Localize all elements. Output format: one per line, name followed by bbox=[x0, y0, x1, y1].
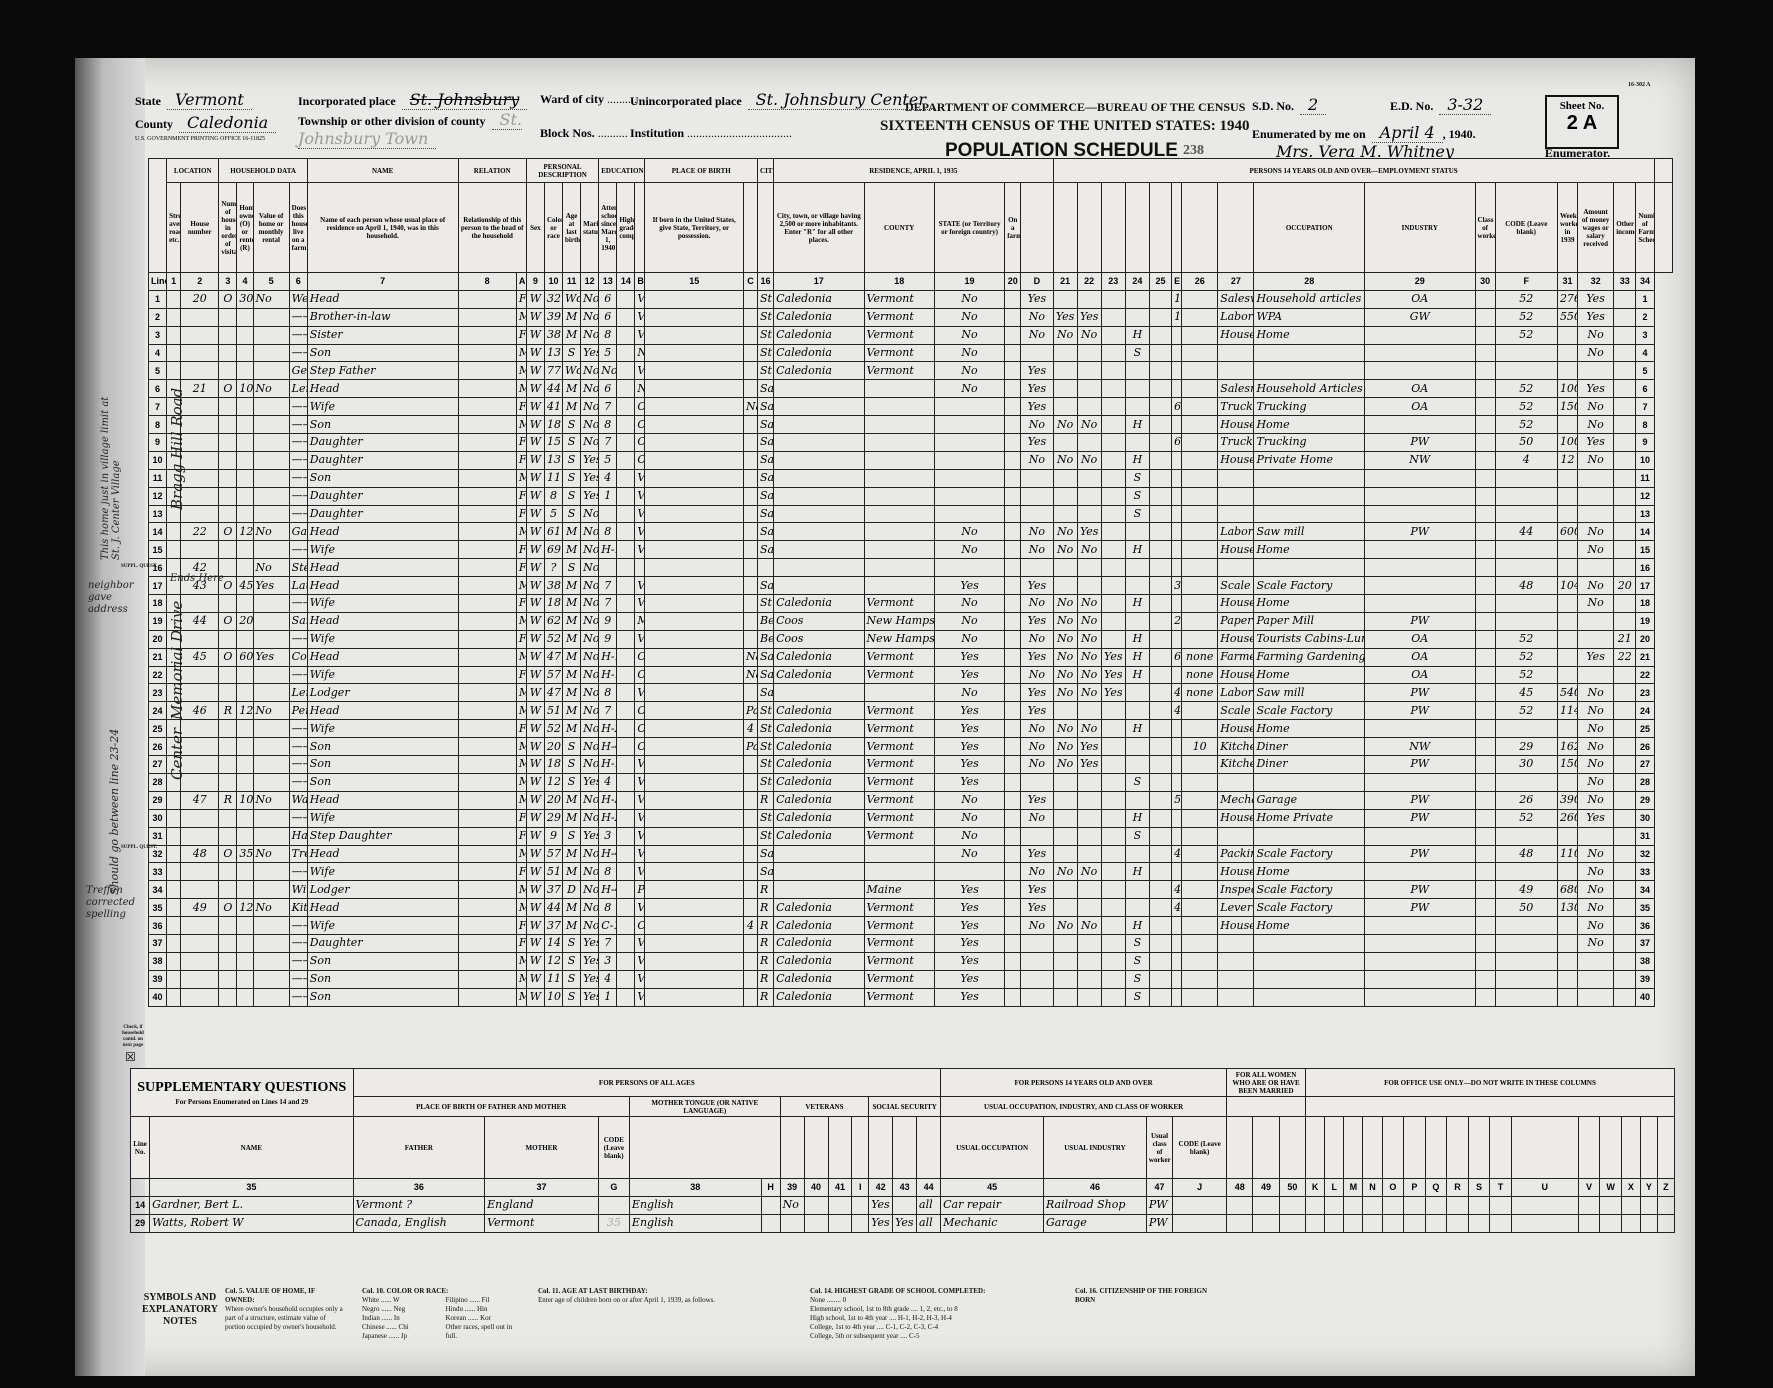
cell-res-city: St. Johnsbury bbox=[758, 344, 774, 362]
cell-c21: No bbox=[1021, 451, 1053, 469]
cell-farm bbox=[253, 451, 289, 469]
cell-mar: M bbox=[563, 845, 581, 863]
blank-cell bbox=[1149, 988, 1171, 1006]
group-employment: PERSONS 14 YEARS OLD AND OVER—EMPLOYMENT… bbox=[1053, 159, 1654, 183]
cell-c23 bbox=[1077, 505, 1101, 523]
cell-c27: none bbox=[1182, 666, 1218, 684]
cell-res-county: Caledonia bbox=[774, 362, 864, 380]
cell-ind bbox=[1254, 505, 1365, 523]
cell-c27 bbox=[1182, 308, 1218, 326]
cell-c21: Yes bbox=[1021, 845, 1053, 863]
col11-note: Col. 11. AGE AT LAST BIRTHDAY: Enter age… bbox=[538, 1287, 788, 1305]
cell-sch: No bbox=[581, 362, 599, 380]
ward-field: Ward of city .......... bbox=[540, 92, 637, 107]
census-row: 25——, Elizabeth M. ⊗WifeFW52MNoH-2Canada… bbox=[149, 720, 1673, 738]
cell-value bbox=[237, 505, 253, 523]
cell-wage bbox=[1557, 541, 1577, 559]
cell-cls: PW bbox=[1365, 845, 1476, 863]
cell-res-county: Caledonia bbox=[774, 952, 864, 970]
sheet-number: 2 A bbox=[1547, 112, 1617, 135]
cell-value bbox=[237, 398, 253, 416]
cell-oi: Yes bbox=[1578, 290, 1614, 308]
blank-cell bbox=[458, 577, 516, 595]
blank-cell bbox=[1149, 881, 1171, 899]
office-cell bbox=[1621, 1196, 1640, 1214]
blank-cell bbox=[617, 577, 635, 595]
cell-res-county bbox=[774, 541, 864, 559]
blank-cell bbox=[458, 809, 516, 827]
cell-c23 bbox=[1077, 290, 1101, 308]
cell-own bbox=[219, 917, 237, 935]
col-line-no bbox=[149, 159, 167, 273]
cell-c21 bbox=[1021, 344, 1053, 362]
cell-oi bbox=[1578, 827, 1614, 845]
cell-own bbox=[219, 416, 237, 434]
cell-hh: 47 bbox=[181, 791, 219, 809]
cell-res-city: Same house bbox=[758, 434, 774, 452]
cell-c22: No bbox=[1053, 630, 1077, 648]
blank-cell bbox=[1149, 648, 1171, 666]
cell-oi: No bbox=[1578, 344, 1614, 362]
cell-c23: Yes bbox=[1077, 738, 1101, 756]
cell-mar: S bbox=[563, 988, 581, 1006]
cell-c22 bbox=[1053, 577, 1077, 595]
blank-cell bbox=[458, 666, 516, 684]
cell-fs bbox=[1614, 505, 1636, 523]
census-row: 2446R12NoPerkins, John W.HeadMW51MNo7Can… bbox=[149, 702, 1673, 720]
blank-cell bbox=[1149, 970, 1171, 988]
blank-cell bbox=[1279, 1196, 1305, 1214]
cell-res-county bbox=[774, 380, 864, 398]
census-row: 2145O6000YesCoates, Herbert G. ⊗HeadMW47… bbox=[149, 648, 1673, 666]
census-row: 120O300NoWells, Clara Minnie ⊗HeadFW32Wd… bbox=[149, 290, 1673, 308]
column-number: 10 bbox=[544, 273, 562, 291]
line-number-right: 17 bbox=[1636, 577, 1654, 595]
cell-occ: Mechanic bbox=[1218, 791, 1254, 809]
line-number: 11 bbox=[149, 469, 167, 487]
cell-res-state: Vermont bbox=[864, 809, 934, 827]
col-res-farm: On a farm? bbox=[1005, 183, 1021, 273]
cell-race: W bbox=[526, 809, 544, 827]
cell-fs bbox=[1614, 434, 1636, 452]
cell-mar: M bbox=[563, 523, 581, 541]
group-birth: PLACE OF BIRTH bbox=[645, 159, 758, 183]
cell-cit: Pa bbox=[743, 702, 757, 720]
cell-sch: No bbox=[581, 684, 599, 702]
cell-race: W bbox=[526, 326, 544, 344]
cell-age: 52 bbox=[544, 630, 562, 648]
column-number: F bbox=[1495, 273, 1557, 291]
cell-c22 bbox=[1053, 505, 1077, 523]
cell-sex: M bbox=[516, 362, 526, 380]
blank-cell bbox=[1149, 451, 1171, 469]
cell-c24 bbox=[1101, 952, 1125, 970]
cell-fs bbox=[1614, 362, 1636, 380]
cell-res-farm: No bbox=[934, 791, 1004, 809]
cell-value bbox=[237, 416, 253, 434]
form-code: 16-302 A bbox=[1628, 82, 1651, 88]
blank-cell bbox=[1005, 917, 1021, 935]
cell-rel: Head bbox=[307, 577, 458, 595]
blank-cell bbox=[1475, 398, 1495, 416]
cell-res-state: Vermont bbox=[864, 344, 934, 362]
cell-c26 bbox=[1172, 541, 1182, 559]
column-number: 24 bbox=[1125, 273, 1149, 291]
cell-grade: H-1 bbox=[599, 666, 617, 684]
cell-wage: 1300 bbox=[1557, 899, 1577, 917]
symbols-notes-title: SYMBOLS AND EXPLANATORY NOTES bbox=[140, 1292, 220, 1328]
line-number-right: 36 bbox=[1636, 917, 1654, 935]
blank-cell bbox=[1475, 899, 1495, 917]
cell-c23 bbox=[1077, 881, 1101, 899]
cell-mar: S bbox=[563, 344, 581, 362]
cell-wage: 276 bbox=[1557, 290, 1577, 308]
cell-cit bbox=[743, 845, 757, 863]
column-number: 28 bbox=[1254, 273, 1365, 291]
cell-c26 bbox=[1172, 809, 1182, 827]
blank-cell bbox=[1475, 791, 1495, 809]
census-row: 10——, AlexandriaDaughterFW13SYes5CanadaS… bbox=[149, 451, 1673, 469]
cell-c23 bbox=[1077, 469, 1101, 487]
cell-farm bbox=[253, 612, 289, 630]
cell-c21: No bbox=[1021, 308, 1053, 326]
cell-res-state: Vermont bbox=[864, 952, 934, 970]
cell-rel: Wife bbox=[307, 863, 458, 881]
cell-fs bbox=[1614, 290, 1636, 308]
cell-sch: No bbox=[581, 416, 599, 434]
cell-c26 bbox=[1172, 738, 1182, 756]
cell-c24 bbox=[1101, 577, 1125, 595]
cell-c21: No bbox=[1021, 523, 1053, 541]
institution-field: Institution ............................… bbox=[630, 126, 792, 141]
blank-cell bbox=[458, 344, 516, 362]
cell-occ: Packing foreman bbox=[1218, 845, 1254, 863]
supp-col-line: Line No. bbox=[131, 1117, 150, 1179]
cell-age: 37 bbox=[544, 917, 562, 935]
supp-column-number: G bbox=[598, 1179, 629, 1197]
cell-res-farm: No bbox=[934, 612, 1004, 630]
cell-sch: No bbox=[581, 630, 599, 648]
cell-wk bbox=[1495, 827, 1557, 845]
cell-c21: Yes bbox=[1021, 791, 1053, 809]
blank-cell bbox=[1149, 398, 1171, 416]
cell-res-farm: Yes bbox=[934, 773, 1004, 791]
cell-wk: 49 bbox=[1495, 881, 1557, 899]
cell-wage: 150 bbox=[1557, 756, 1577, 774]
treffen-note: Treffen corrected spelling bbox=[86, 885, 150, 921]
cell-c22: No bbox=[1053, 720, 1077, 738]
cell-wage bbox=[1557, 630, 1577, 648]
cell-birth: Vermont bbox=[635, 899, 645, 917]
line-number: 36 bbox=[149, 917, 167, 935]
cell-c24 bbox=[1101, 845, 1125, 863]
blank-cell bbox=[761, 1196, 780, 1214]
cell-c23 bbox=[1077, 362, 1101, 380]
cell-sch: No bbox=[581, 290, 599, 308]
cell-age: 44 bbox=[544, 380, 562, 398]
cell-race: W bbox=[526, 827, 544, 845]
cell-rel: Lodger bbox=[307, 881, 458, 899]
cell-wk bbox=[1495, 863, 1557, 881]
supp-column-number: 35 bbox=[150, 1179, 353, 1197]
supp-column-number: 44 bbox=[917, 1179, 941, 1197]
cell-occ: Housework bbox=[1218, 917, 1254, 935]
cell-ind bbox=[1254, 970, 1365, 988]
blank-cell bbox=[167, 523, 181, 541]
cell-res-farm: No bbox=[934, 326, 1004, 344]
cell-c21 bbox=[1021, 487, 1053, 505]
line-number: 8 bbox=[149, 416, 167, 434]
cell-farm bbox=[253, 630, 289, 648]
blank-cell bbox=[617, 720, 635, 738]
column-number: 2 bbox=[181, 273, 219, 291]
cell-ind bbox=[1254, 773, 1365, 791]
cell-c27 bbox=[1182, 541, 1218, 559]
cell-rel: Head bbox=[307, 899, 458, 917]
cell-c24 bbox=[1101, 881, 1125, 899]
census-row: 33——, Josie M. ⊗WifeFW51MNo8VermontSame … bbox=[149, 863, 1673, 881]
cell-cit bbox=[743, 451, 757, 469]
unincorporated-place-label: Unincorporated place bbox=[630, 94, 742, 108]
cell-age: 41 bbox=[544, 398, 562, 416]
cell-oi: Yes bbox=[1578, 648, 1614, 666]
col-res-state: STATE (or Territory or foreign country) bbox=[934, 183, 1004, 273]
cell-name: ——, John J. bbox=[289, 952, 307, 970]
column-number: 25 bbox=[1149, 273, 1171, 291]
blank-cell bbox=[1475, 362, 1495, 380]
cell-c27 bbox=[1182, 917, 1218, 935]
cell-res-county bbox=[774, 863, 864, 881]
supp-column-number: H bbox=[761, 1179, 780, 1197]
cell-c25: H bbox=[1125, 863, 1149, 881]
cell-c21: No bbox=[1021, 541, 1053, 559]
line-number-right: 10 bbox=[1636, 451, 1654, 469]
cell-hh bbox=[181, 738, 219, 756]
cell-occ: Laborer bbox=[1218, 308, 1254, 326]
cell-wk: 30 bbox=[1495, 756, 1557, 774]
race-code-item: Hindu ...... Hin bbox=[446, 1305, 523, 1314]
blank-cell bbox=[458, 756, 516, 774]
cell-c22 bbox=[1053, 559, 1077, 577]
cell-oi bbox=[1578, 970, 1614, 988]
continued-checkbox[interactable]: ☒ bbox=[125, 1050, 136, 1065]
blank-cell bbox=[645, 845, 743, 863]
cell-rel: Wife bbox=[307, 630, 458, 648]
cell-name: ——, Bernard K. bbox=[289, 756, 307, 774]
cell-occ: Housework bbox=[1218, 541, 1254, 559]
cell-own: O bbox=[219, 380, 237, 398]
line-number-right: 2 bbox=[1636, 308, 1654, 326]
blank-cell bbox=[617, 881, 635, 899]
cell-race: W bbox=[526, 648, 544, 666]
cell-grade: 7 bbox=[599, 934, 617, 952]
cell-c27 bbox=[1182, 988, 1218, 1006]
cell-c26 bbox=[1172, 559, 1182, 577]
cell-age: 14 bbox=[544, 934, 562, 952]
col-race: Color or race bbox=[544, 183, 562, 273]
blank-cell bbox=[645, 344, 743, 362]
blank-cell bbox=[1149, 702, 1171, 720]
cell-cls: GW bbox=[1365, 308, 1476, 326]
cell-occ: Kitchen boy bbox=[1218, 738, 1254, 756]
cell-c22 bbox=[1053, 290, 1077, 308]
cell-c25 bbox=[1125, 290, 1149, 308]
cell-race: W bbox=[526, 845, 544, 863]
cell-c26: 60 bbox=[1172, 398, 1182, 416]
cell-rel: Head bbox=[307, 523, 458, 541]
col-value: Value of home or monthly rental bbox=[253, 183, 289, 273]
blank-cell bbox=[458, 702, 516, 720]
blank-cell bbox=[1475, 809, 1495, 827]
cell-own bbox=[219, 773, 237, 791]
cell-c23: No bbox=[1077, 630, 1101, 648]
cell-occ: Housework bbox=[1218, 416, 1254, 434]
cell-name: Lemonie, Fred A. ⊗ bbox=[289, 684, 307, 702]
cell-res-city: St. Johnsbury bbox=[758, 362, 774, 380]
cell-name: ——, Jennie M. ⊗ bbox=[289, 630, 307, 648]
cell-value: 300 bbox=[237, 290, 253, 308]
county-value: Caledonia bbox=[179, 113, 276, 133]
cell-sex: M bbox=[516, 881, 526, 899]
cell-mar: M bbox=[563, 863, 581, 881]
supp-cell-mother: Vermont bbox=[485, 1214, 599, 1232]
cell-wage: 162 bbox=[1557, 738, 1577, 756]
blank-cell bbox=[167, 952, 181, 970]
cell-grade: 4 bbox=[599, 469, 617, 487]
office-cell bbox=[1657, 1214, 1674, 1232]
cell-age: 32 bbox=[544, 290, 562, 308]
cell-res-state bbox=[864, 487, 934, 505]
cell-c23 bbox=[1077, 809, 1101, 827]
cell-c23: No bbox=[1077, 863, 1101, 881]
cell-mar: S bbox=[563, 827, 581, 845]
cell-wk: 52 bbox=[1495, 380, 1557, 398]
cell-sch: No bbox=[581, 666, 599, 684]
column-number: D bbox=[1021, 273, 1053, 291]
cell-grade: 8 bbox=[599, 863, 617, 881]
incorporated-place-value: St. Johnsbury bbox=[402, 90, 528, 110]
cell-c21: No bbox=[1021, 863, 1053, 881]
supplementary-title: SUPPLEMENTARY QUESTIONS bbox=[133, 1080, 351, 1095]
cell-c23 bbox=[1077, 773, 1101, 791]
cell-res-state: Vermont bbox=[864, 326, 934, 344]
cell-oi: No bbox=[1578, 326, 1614, 344]
cell-farm bbox=[253, 756, 289, 774]
cell-wage: 260 bbox=[1557, 809, 1577, 827]
cell-value: 1000 bbox=[237, 380, 253, 398]
cell-c25: H bbox=[1125, 648, 1149, 666]
village-limit-note: This home just in village limit at St. J… bbox=[100, 380, 130, 560]
cell-rel: Head bbox=[307, 702, 458, 720]
cell-c25: H bbox=[1125, 326, 1149, 344]
blank-cell bbox=[1005, 595, 1021, 613]
cell-occ: Laborer bbox=[1218, 523, 1254, 541]
cell-wage bbox=[1557, 469, 1577, 487]
cell-wage bbox=[1557, 505, 1577, 523]
blank-cell bbox=[458, 773, 516, 791]
ed-label: E.D. No. bbox=[1390, 99, 1433, 113]
line-number-right: 16 bbox=[1636, 559, 1654, 577]
cell-c25 bbox=[1125, 577, 1149, 595]
cell-grade: 7 bbox=[599, 434, 617, 452]
supp-column-number: M bbox=[1344, 1179, 1363, 1197]
race-code-item: Indian ...... In bbox=[362, 1314, 439, 1323]
col-res-city: City, town, or village having 2,500 or m… bbox=[774, 183, 864, 273]
cell-res-state bbox=[864, 469, 934, 487]
cell-c22 bbox=[1053, 952, 1077, 970]
line-number: 21 bbox=[149, 648, 167, 666]
cell-c24 bbox=[1101, 934, 1125, 952]
cell-sch: No bbox=[581, 523, 599, 541]
cell-c27 bbox=[1182, 290, 1218, 308]
col-owned: Home owned (O) or rented (R) bbox=[237, 183, 253, 273]
cell-fs bbox=[1614, 934, 1636, 952]
cell-cls bbox=[1365, 827, 1476, 845]
cell-res-farm: No bbox=[934, 809, 1004, 827]
cell-cls bbox=[1365, 934, 1476, 952]
blank-cell bbox=[1475, 469, 1495, 487]
cell-cit bbox=[743, 899, 757, 917]
cell-own bbox=[219, 398, 237, 416]
cell-wk bbox=[1495, 469, 1557, 487]
cell-age: 18 bbox=[544, 756, 562, 774]
cell-wk: 52 bbox=[1495, 416, 1557, 434]
cell-res-state: Vermont bbox=[864, 362, 934, 380]
blank-cell bbox=[1475, 380, 1495, 398]
cell-c21 bbox=[1021, 970, 1053, 988]
office-cell bbox=[1468, 1196, 1490, 1214]
blank-cell bbox=[617, 523, 635, 541]
supp-column-number: 50 bbox=[1279, 1179, 1305, 1197]
cell-c26 bbox=[1172, 505, 1182, 523]
cell-race: W bbox=[526, 559, 544, 577]
supp-cell-cls: PW bbox=[1146, 1214, 1172, 1232]
cell-res-county bbox=[774, 881, 864, 899]
line-number-right: 21 bbox=[1636, 648, 1654, 666]
line-number-right: 23 bbox=[1636, 684, 1654, 702]
cell-c25 bbox=[1125, 559, 1149, 577]
office-cell bbox=[1306, 1196, 1325, 1214]
cell-grade: 7 bbox=[599, 577, 617, 595]
line-number: 9 bbox=[149, 434, 167, 452]
cell-c21 bbox=[1021, 827, 1053, 845]
cell-c22 bbox=[1053, 899, 1077, 917]
column-number: Line No. bbox=[149, 273, 167, 291]
cell-mar: S bbox=[563, 773, 581, 791]
cell-res-farm: No bbox=[934, 845, 1004, 863]
cell-sch: No bbox=[581, 505, 599, 523]
cell-grade: 7 bbox=[599, 595, 617, 613]
line-number: 29 bbox=[149, 791, 167, 809]
race-code-item: Japanese ...... Jp bbox=[362, 1332, 439, 1341]
blank-cell bbox=[1005, 344, 1021, 362]
cell-birth: Maine bbox=[635, 612, 645, 630]
blank-cell bbox=[1475, 523, 1495, 541]
blank-cell bbox=[1475, 970, 1495, 988]
cell-c25: S bbox=[1125, 988, 1149, 1006]
office-cell bbox=[1404, 1214, 1426, 1232]
cell-c27 bbox=[1182, 398, 1218, 416]
blank-cell bbox=[458, 380, 516, 398]
cell-c24 bbox=[1101, 809, 1125, 827]
col-weeks: Weeks worked in 1939 bbox=[1557, 183, 1577, 273]
cell-oi: Yes bbox=[1578, 380, 1614, 398]
cell-own bbox=[219, 451, 237, 469]
blank-cell bbox=[1005, 434, 1021, 452]
cell-mar: M bbox=[563, 720, 581, 738]
supp-column-number: 43 bbox=[893, 1179, 917, 1197]
cell-c23 bbox=[1077, 845, 1101, 863]
